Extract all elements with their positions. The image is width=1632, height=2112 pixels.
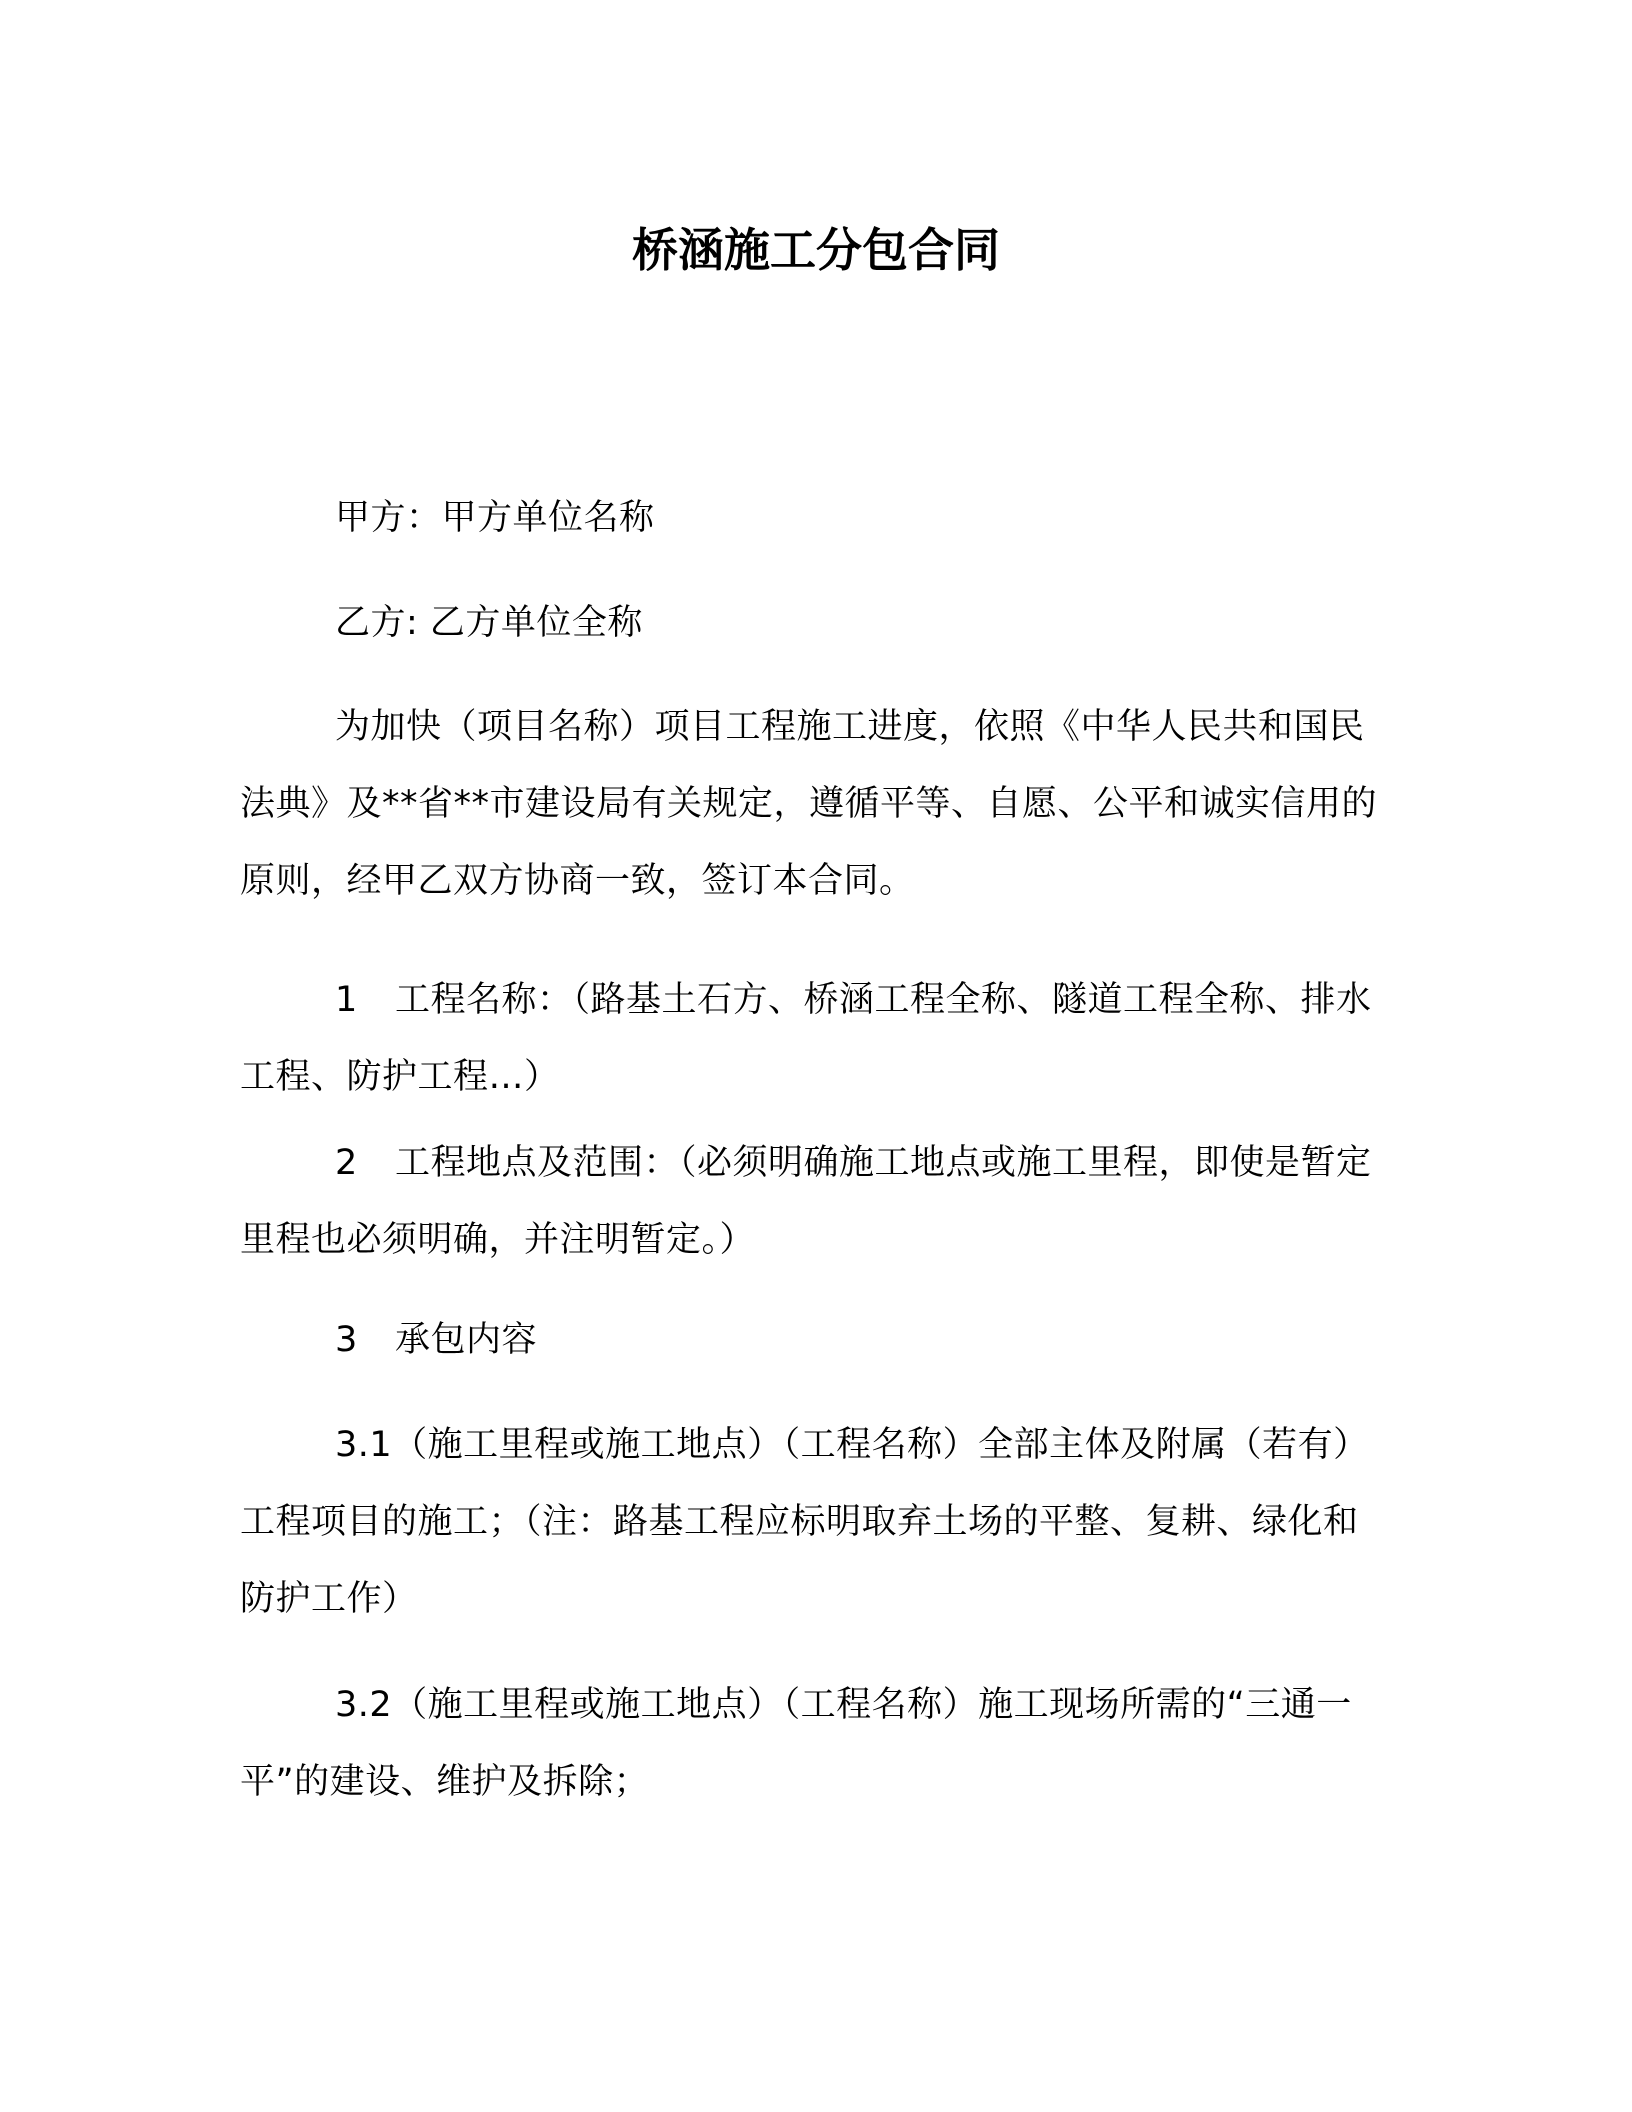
- subsection-3-1: 3.1（施工里程或施工地点）（工程名称）全部主体及附属（若有）工程项目的施工；（…: [240, 1407, 1380, 1638]
- preamble-paragraph: 为加快（项目名称）项目工程施工进度，依照《中华人民共和国民法典》及**省**市建…: [240, 689, 1380, 920]
- section-number: 2: [335, 1125, 395, 1202]
- section-number: 3: [335, 1302, 395, 1379]
- document-title: 桥涵施工分包合同: [0, 222, 1632, 278]
- party-a-line: 甲方：甲方单位名称: [240, 480, 1380, 557]
- section-text: 工程地点及范围：（必须明确施工地点或施工里程，即使是暂定里程也必须明确，并注明暂…: [240, 1143, 1372, 1260]
- section-1: 1工程名称：（路基土石方、桥涵工程全称、隧道工程全称、排水工程、防护工程…）: [240, 962, 1380, 1116]
- section-3: 3承包内容: [240, 1302, 1380, 1379]
- section-text: 承包内容: [395, 1320, 537, 1360]
- party-b-line: 乙方: 乙方单位全称: [240, 585, 1380, 662]
- subsection-3-2: 3.2（施工里程或施工地点）（工程名称）施工现场所需的“三通一平”的建设、维护及…: [240, 1667, 1380, 1821]
- section-2: 2工程地点及范围：（必须明确施工地点或施工里程，即使是暂定里程也必须明确，并注明…: [240, 1125, 1380, 1279]
- section-number: 1: [335, 962, 395, 1039]
- section-text: 工程名称：（路基土石方、桥涵工程全称、隧道工程全称、排水工程、防护工程…）: [240, 980, 1372, 1097]
